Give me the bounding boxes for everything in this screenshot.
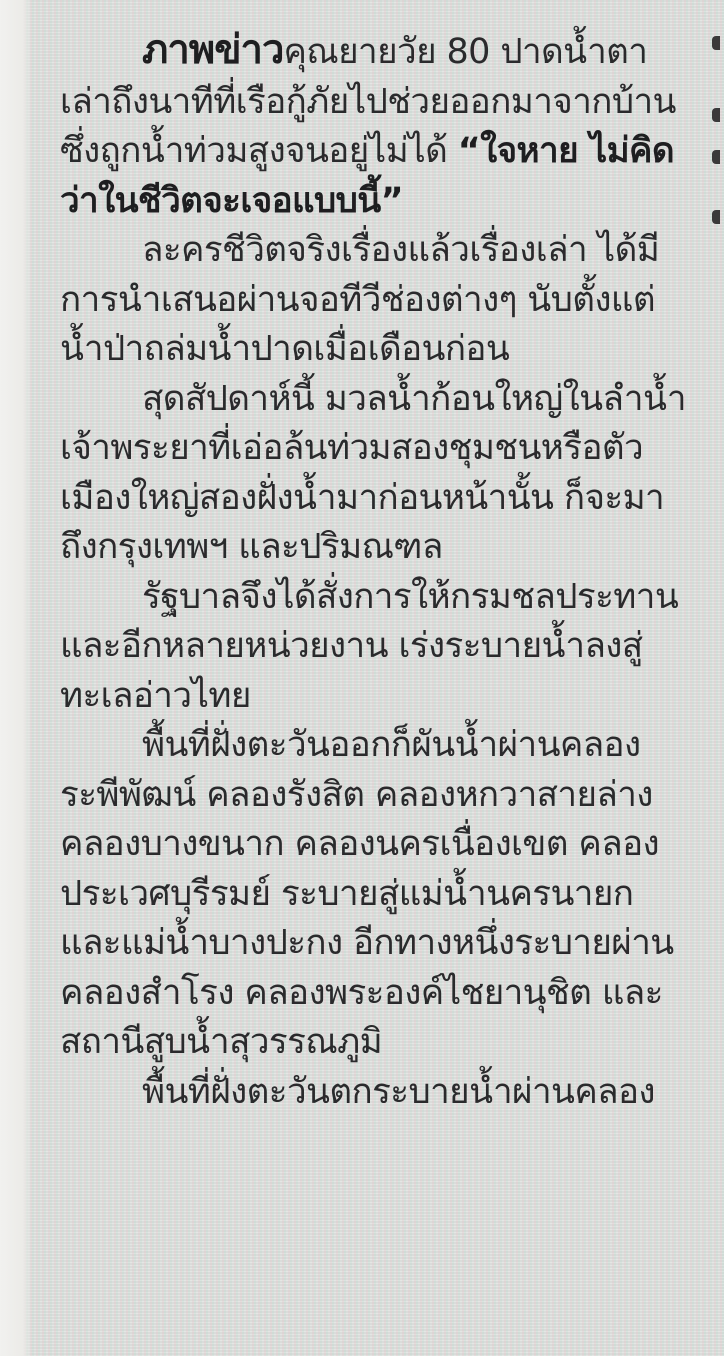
text-line: ซึ่งถูกน้ำท่วมสูงจนอยู่ไม่ได้ “ใจหาย ไม่… [60,127,690,177]
text-line: ภาพข่าวคุณยายวัย 80 ปาดน้ำตา [60,26,690,78]
quote-text: ว่าในชีวิตจะเจอแบบนี้” [60,177,690,227]
cropped-glyph [712,36,720,50]
text-line: สถานีสูบน้ำสุวรรณภูมิ [60,1018,690,1068]
text-line: น้ำป่าถล่มน้ำปาดเมื่อเดือนก่อน [60,325,690,375]
scan-margin [0,0,32,1356]
text-line: คลองสำโรง คลองพระองค์ไชยานุชิต และ [60,969,690,1019]
text-line: ทะเลอ่าวไทย [60,672,690,722]
text-line: คลองบางขนาก คลองนครเนื่องเขต คลอง [60,820,690,870]
paragraph-6: พื้นที่ฝั่งตะวันตกระบายน้ำผ่านคลอง [60,1068,690,1118]
text-line: พื้นที่ฝั่งตะวันตกระบายน้ำผ่านคลอง [60,1068,690,1118]
text-line: เจ้าพระยาที่เอ่อล้นท่วมสองชุมชนหรือตัว [60,424,690,474]
text-line: และอีกหลายหน่วยงาน เร่งระบายน้ำลงสู่ [60,622,690,672]
cropped-glyph [712,210,720,224]
text-line: ประเวศบุรีรมย์ ระบายสู่แม่น้ำนครนายก [60,870,690,920]
cropped-glyph [712,108,720,122]
text-line: การนำเสนอผ่านจอทีวีช่องต่างๆ นับตั้งแต่ [60,276,690,326]
paragraph-3: สุดสัปดาห์นี้ มวลน้ำก้อนใหญ่ในลำน้ำ เจ้า… [60,375,690,573]
newspaper-clipping: ภาพข่าวคุณยายวัย 80 ปาดน้ำตา เล่าถึงนาที… [0,0,724,1356]
paragraph-1: ภาพข่าวคุณยายวัย 80 ปาดน้ำตา เล่าถึงนาที… [60,26,690,226]
text-line: สุดสัปดาห์นี้ มวลน้ำก้อนใหญ่ในลำน้ำ [60,375,690,425]
cropped-glyph [712,150,720,164]
paragraph-4: รัฐบาลจึงได้สั่งการให้กรมชลประทาน และอีก… [60,573,690,722]
text-line: พื้นที่ฝั่งตะวันออกก็ผันน้ำผ่านคลอง [60,721,690,771]
quote-text: “ใจหาย ไม่คิด [458,131,674,171]
paragraph-5: พื้นที่ฝั่งตะวันออกก็ผันน้ำผ่านคลอง ระพี… [60,721,690,1068]
text-line: ละครชีวิตจริงเรื่องแล้วเรื่องเล่า ได้มี [60,226,690,276]
article-column: ภาพข่าวคุณยายวัย 80 ปาดน้ำตา เล่าถึงนาที… [60,26,690,1117]
lead-heading: ภาพข่าว [142,27,283,73]
text-line: ระพีพัฒน์ คลองรังสิต คลองหกวาสายล่าง [60,771,690,821]
adjacent-column-fragments [712,0,724,1356]
text-line: และแม่น้ำบางปะกง อีกทางหนึ่งระบายผ่าน [60,919,690,969]
text-line: เล่าถึงนาทีที่เรือกู้ภัยไปช่วยออกมาจากบ้… [60,78,690,128]
text-line: เมืองใหญ่สองฝั่งน้ำมาก่อนหน้านั้น ก็จะมา [60,474,690,524]
paragraph-2: ละครชีวิตจริงเรื่องแล้วเรื่องเล่า ได้มี … [60,226,690,375]
text-line: รัฐบาลจึงได้สั่งการให้กรมชลประทาน [60,573,690,623]
text-line: ถึงกรุงเทพฯ และปริมณฑล [60,523,690,573]
